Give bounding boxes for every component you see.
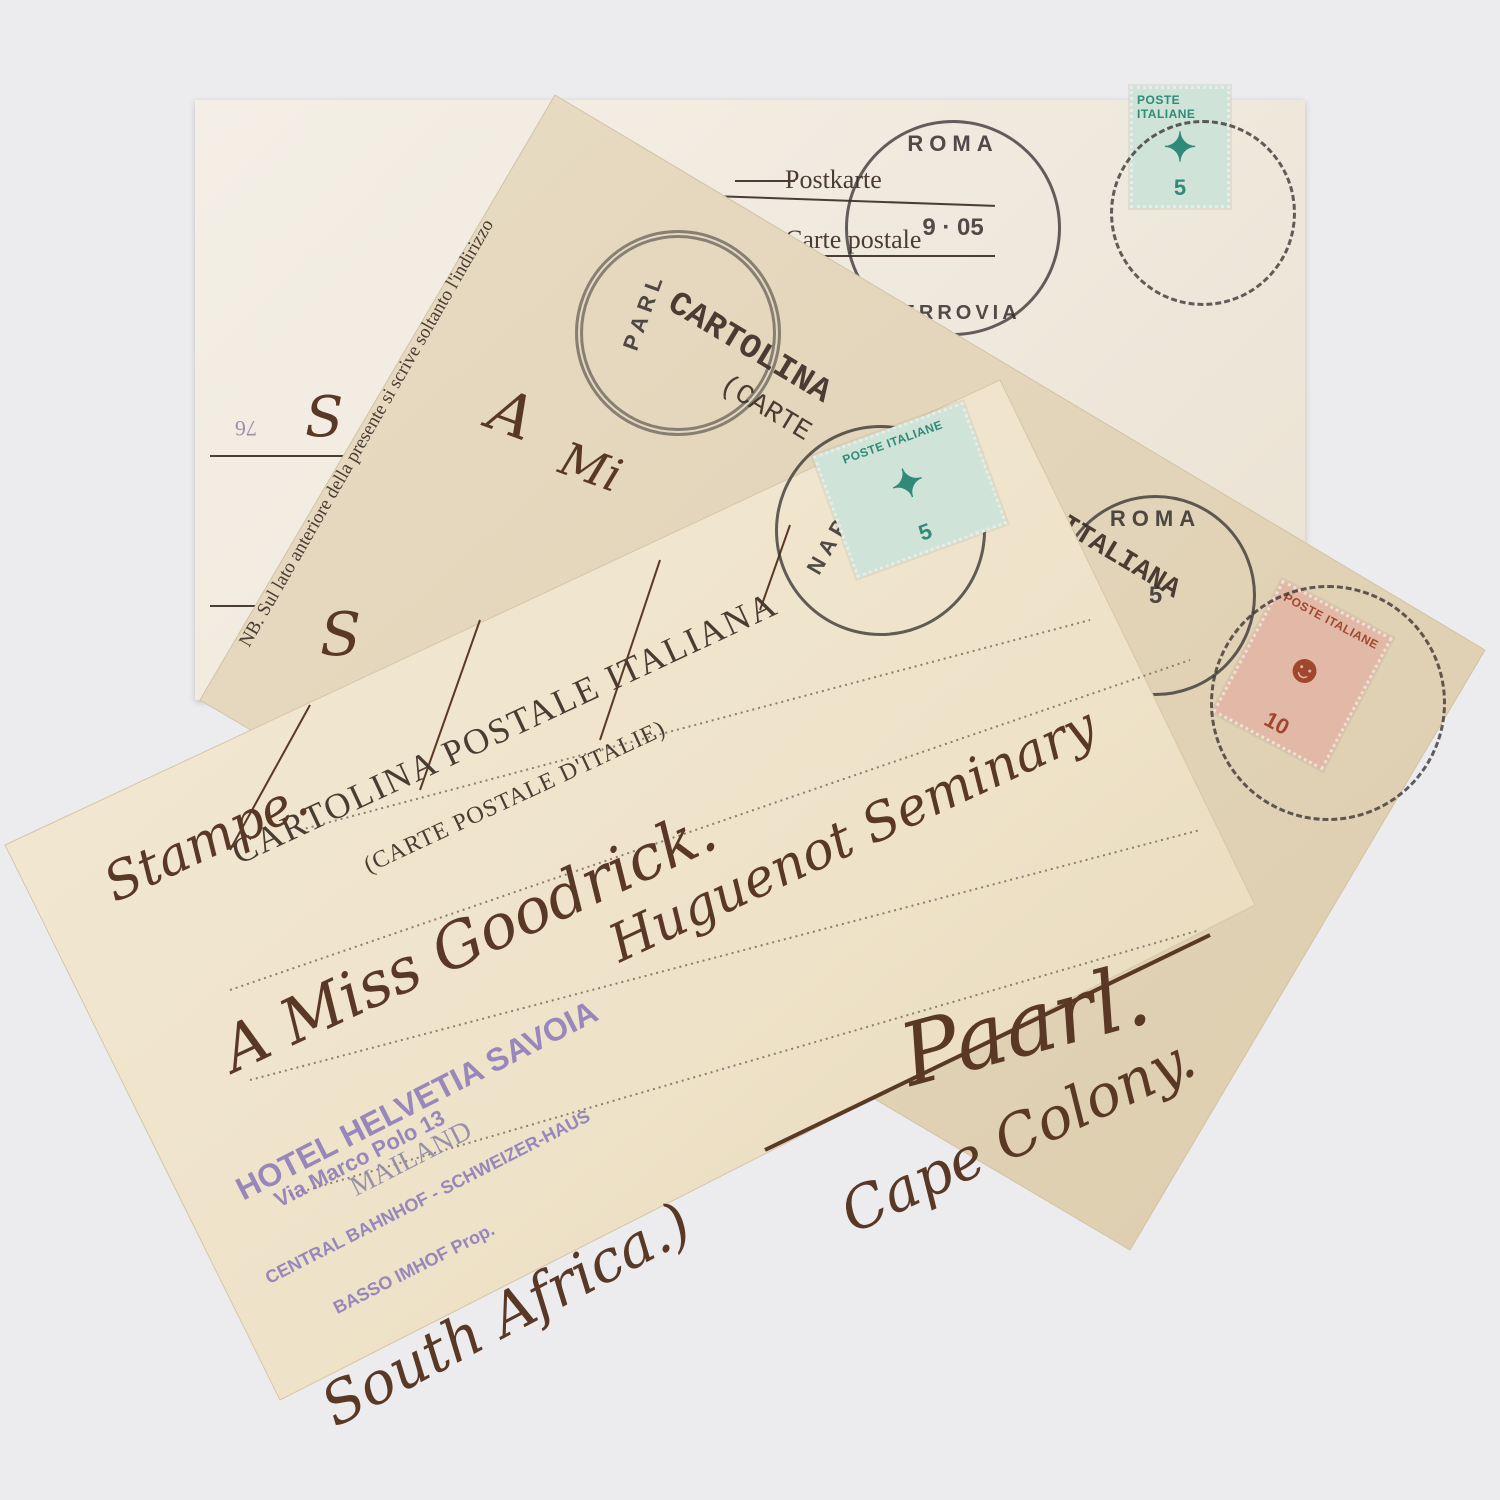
eagle-icon: ✦ <box>885 460 930 509</box>
front-card-shape <box>0 0 1500 1500</box>
photo-scene: Postkarte Carte postale ROMA 9 · 05 FERR… <box>0 0 1500 1500</box>
